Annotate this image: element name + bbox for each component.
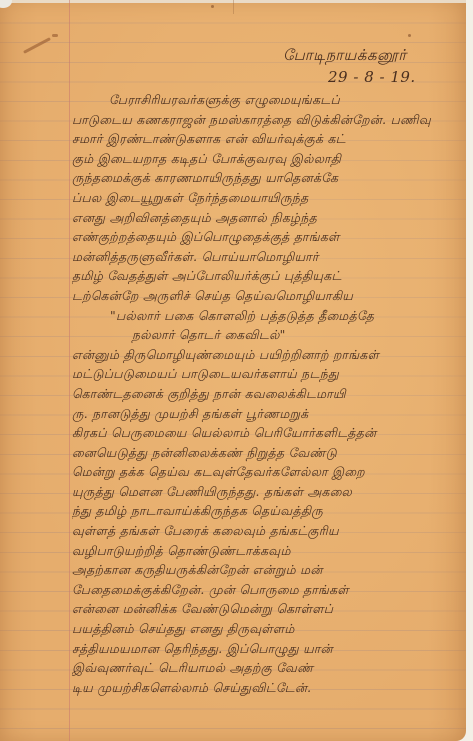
letter-line: சத்தியமயமான தெரிந்தது. இப்பொழுது யான்: [72, 639, 464, 659]
letter-page: போடிநாயக்கனூர் 29 - 8 - 19. பேராசிரியரவர…: [0, 0, 466, 741]
letter-line: வுள்ளத் தங்கள் பேரைக் கலைவும் தங்கட்குரி…: [72, 521, 464, 541]
letter-line: ப்பல இடையூறுகள் நேர்ந்தமையாயிருந்த: [72, 188, 464, 208]
letter-line: கிரகப் பெருமையை யெல்லாம் பெரியோர்களிடத்த…: [72, 423, 464, 443]
ink-smudge: [23, 37, 51, 54]
letter-line: ந்து தமிழ் நாடாவாய்க்கிருந்தக தெய்வத்திர…: [72, 501, 464, 521]
letter-line: ரு. நானடுத்து முயற்சி தங்கள் பூர்ணமறுக்: [72, 404, 464, 424]
letter-line: என்னும் திருமொழியுண்மையும் பயிற்றினாற் ற…: [72, 345, 464, 365]
letter-line: டற்கென்றே அருளிச் செய்த தெய்வமொழியாகிய: [72, 286, 464, 306]
letter-line: பேதைமைக்குக்கிறேன். முன் பொருமை தாங்கள்: [72, 580, 464, 600]
letter-line: பாடுடைய கணகராஜன் நமஸ்காரத்தை விடுக்கின்ற…: [72, 110, 464, 130]
letter-place: போடிநாயக்கனூர்: [283, 46, 407, 66]
letter-line: டிய முயற்சிகளெல்லாம் செய்துவிட்டேன்.: [72, 678, 464, 698]
quoted-verse-line: நல்லார் தொடர் கைவிடல்": [72, 325, 464, 345]
ink-smudge: [52, 34, 58, 37]
letter-line: எனது அறிவினத்தையும் அதனால் நிகழ்ந்த: [72, 208, 464, 228]
letter-line: வழிபாடுயற்றித் தொண்டுண்டாக்கவும்: [72, 541, 464, 561]
letter-line: எண்குற்றத்தையும் இப்பொழுதைக்குத் தாங்கள்: [72, 227, 464, 247]
margin-line: [69, 0, 70, 741]
letter-line: மன்னித்தருளுவீர்கள். பொய்யாமொழியார்: [72, 247, 464, 267]
letter-line: என்னை மன்னிக்க வேண்டுமென்று கொள்ளப்: [72, 599, 464, 619]
letter-line: சமார் இரண்டாண்டுகளாக என் வியர்வுக்குக் க…: [72, 129, 464, 149]
letter-line: னையெடுத்து நன்னிலைக்கண் நிறுத்த வேண்டு: [72, 443, 464, 463]
letter-line: கும் இடையறாத கடிதப் போக்குவரவு இல்லாதி: [72, 149, 464, 169]
letter-line: அதற்கான கருதியருக்கின்றேன் என்றும் மன்: [72, 560, 464, 580]
letter-line: யுருத்து மௌன பேணியிருந்தது. தங்கள் அகலை: [72, 482, 464, 502]
letter-line: ருந்தமைக்குக் காரணமாயிருந்தது யாதெனக்கே: [72, 168, 464, 188]
ink-spot: [408, 34, 411, 37]
letter-line: மென்று தக்க தெய்வ கடவுள்தேவர்களேல்லா இறை: [72, 462, 464, 482]
letter-line: பேராசிரியரவர்களுக்கு எழுமையுங்கடப்: [72, 90, 464, 110]
letter-body: பேராசிரியரவர்களுக்கு எழுமையுங்கடப் பாடுட…: [72, 90, 464, 697]
letter-line: மட்டுப்படுமையப் பாடுடையவர்களாய் நடந்து: [72, 364, 464, 384]
torn-corner: [0, 0, 12, 8]
letter-line: தமிழ் வேதத்துள் அப்போலியர்க்குப் புத்திய…: [72, 266, 464, 286]
letter-date: 29 - 8 - 19.: [328, 68, 416, 86]
letter-line: பயத்தினம் செய்தது எனது திருவுள்ளம்: [72, 619, 464, 639]
fold-mark: [233, 0, 234, 14]
quoted-verse-line: "பல்லார் பகை கொளலிற் பத்தடுத்த தீமைத்தே: [72, 306, 464, 326]
letter-line: இவ்வுணர்வுட் டெரியாமல் அதற்கு வேண்: [72, 658, 464, 678]
ink-spot: [211, 5, 214, 8]
letter-line: கொண்டதனைக் குறித்து நான் கவலைக்கிடமாயி: [72, 384, 464, 404]
